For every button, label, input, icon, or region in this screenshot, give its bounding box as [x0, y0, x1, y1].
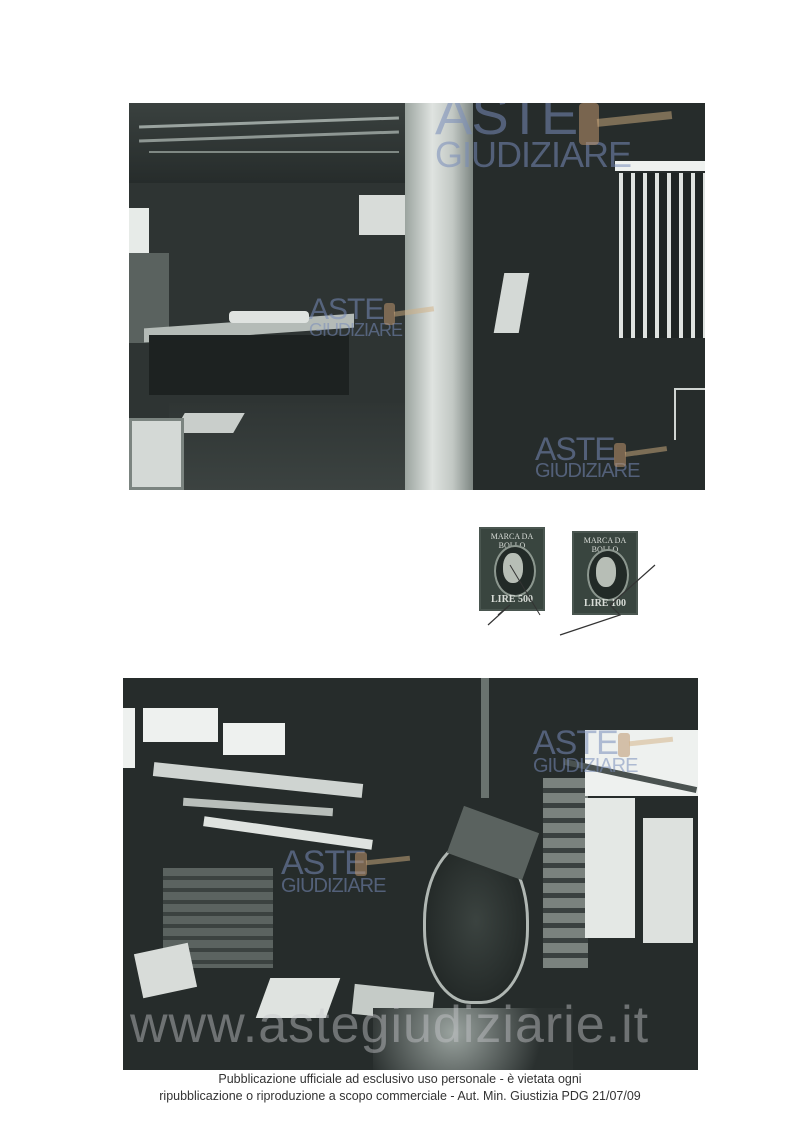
footer-line-2: ripubblicazione o riproduzione a scopo c…	[0, 1088, 800, 1105]
footer-disclaimer: Pubblicazione ufficiale ad esclusivo uso…	[0, 1071, 800, 1105]
watermark-logo: ASTE GIUDIZIARE	[281, 846, 385, 896]
watermark-url: www.astegiudiziarie.it	[130, 995, 649, 1055]
watermark-logo: ASTE GIUDIZIARE	[435, 103, 631, 173]
footer-line-1: Pubblicazione ufficiale ad esclusivo uso…	[0, 1071, 800, 1088]
signature-scribble	[470, 555, 670, 645]
photo-workshop-interior: ASTE GIUDIZIARE ASTE GIUDIZIARE ASTE GIU…	[129, 103, 705, 490]
